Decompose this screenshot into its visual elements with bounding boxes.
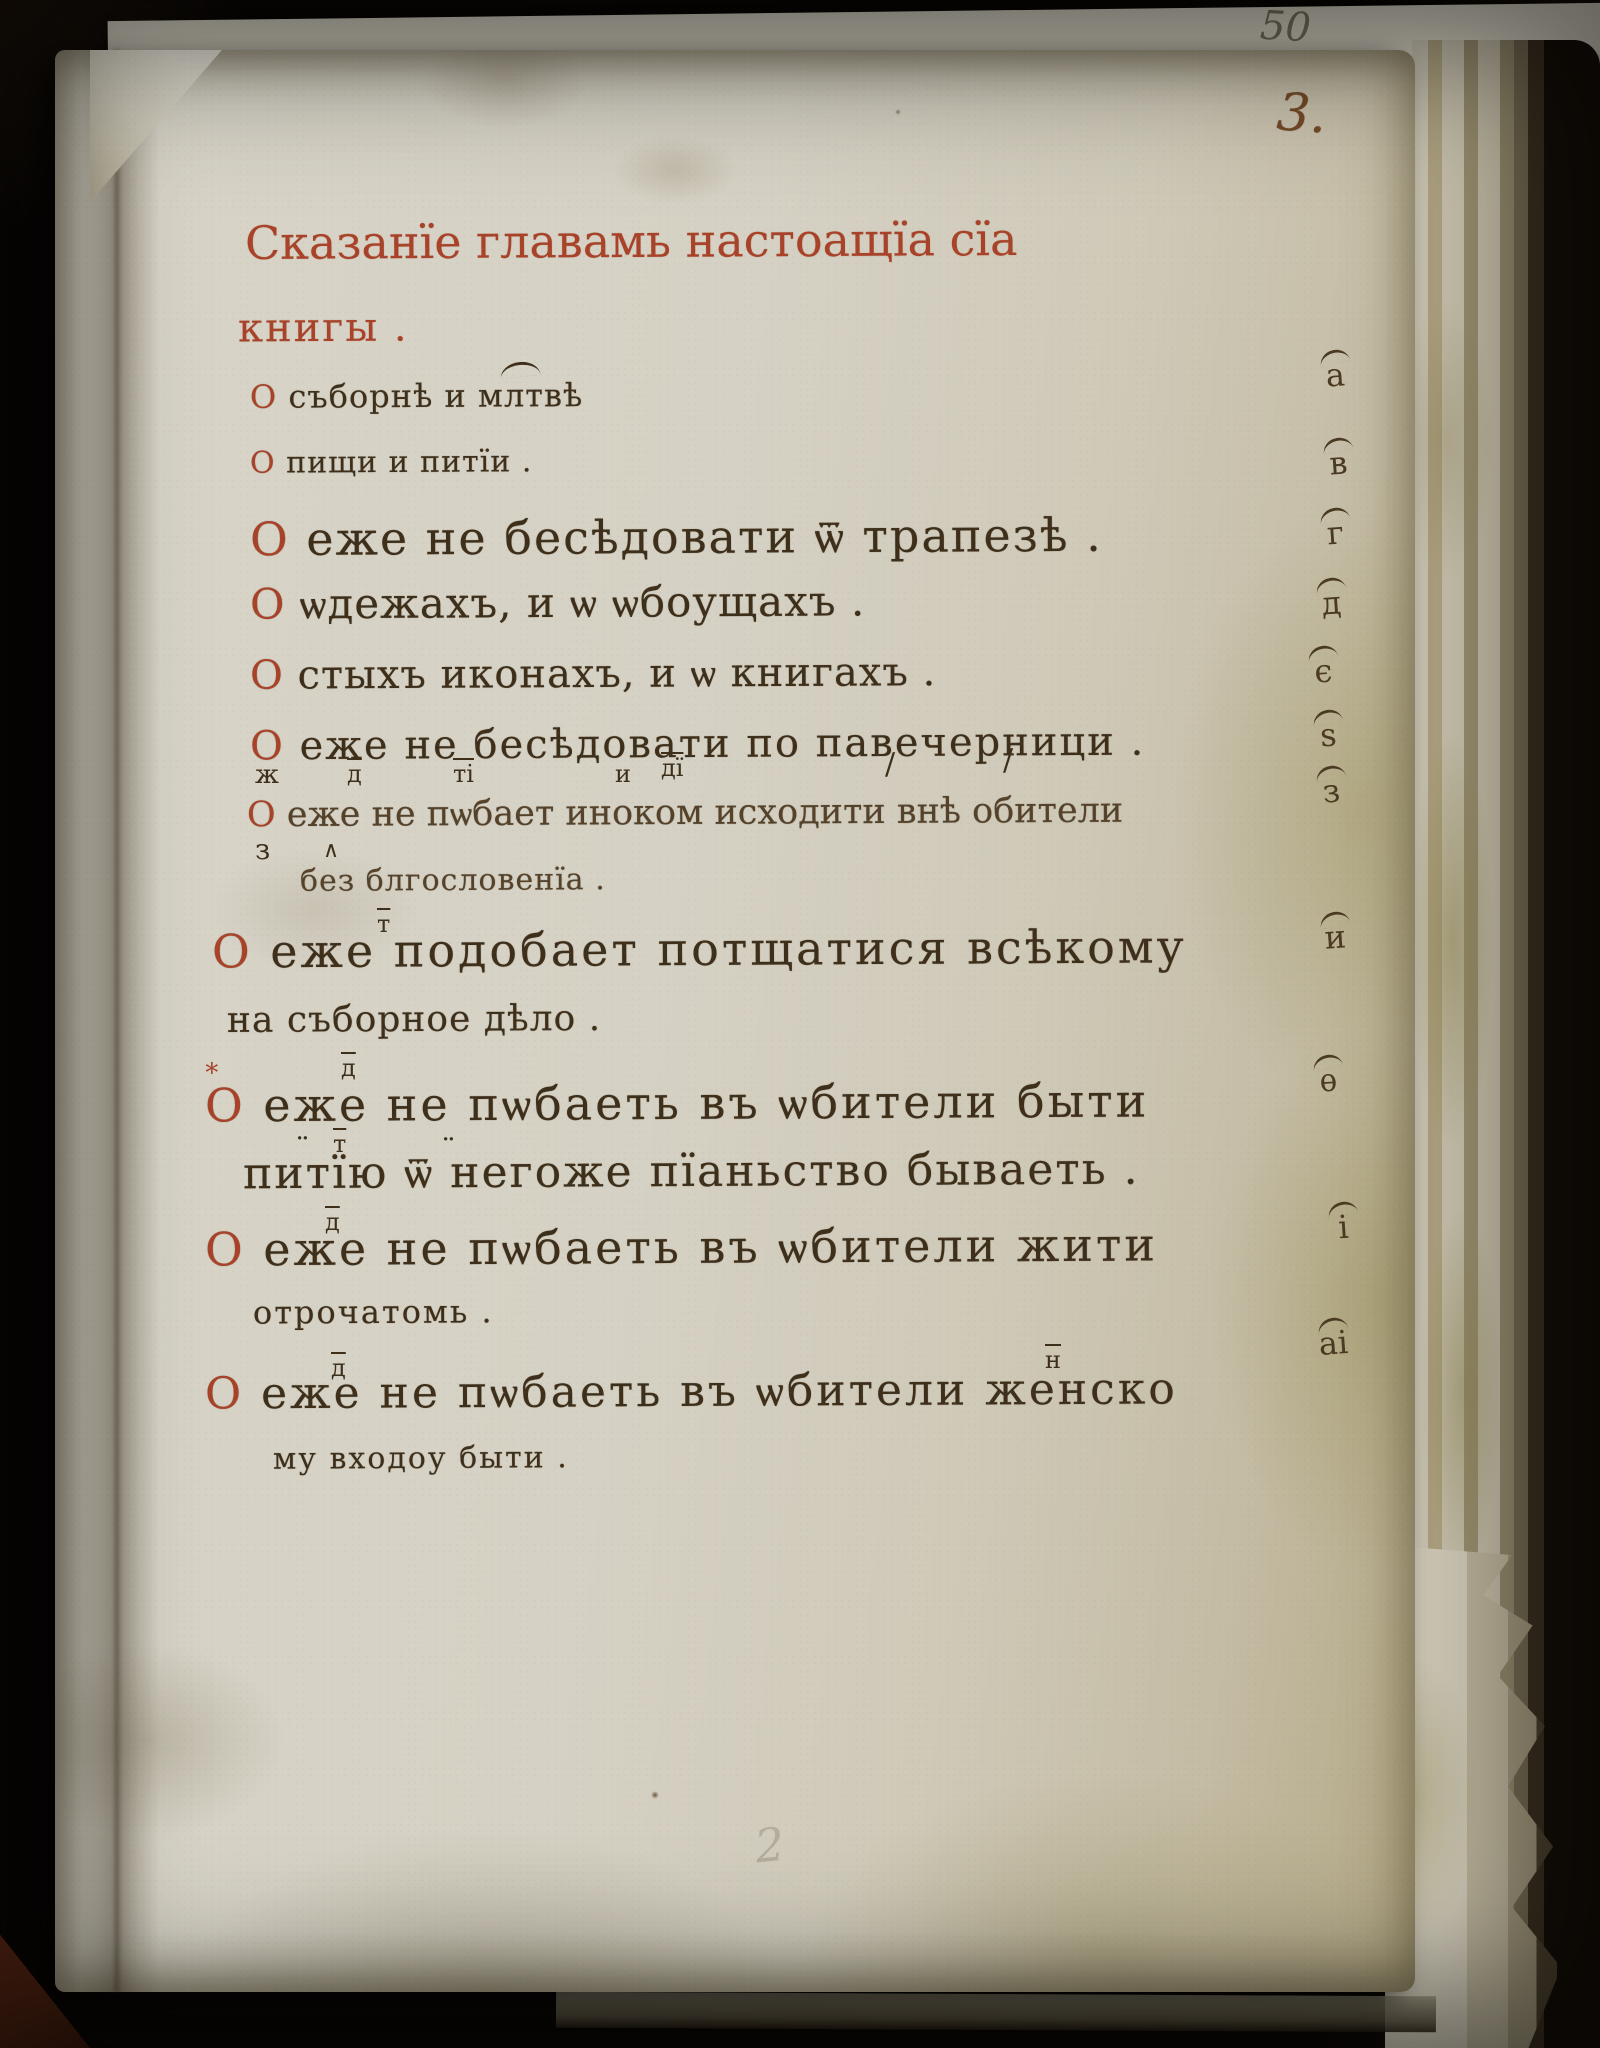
superscript-mark: т (377, 912, 390, 936)
manuscript-photo: 50 3. Сказанїе главамь настоащїа сїакниг… (0, 0, 1600, 2048)
red-initial: О (205, 1078, 246, 1132)
manuscript-page: 3. Сказанїе главамь настоащїа сїакнигы .… (55, 50, 1415, 1992)
text-line: Сказанїе главамь настоащїа сїа (245, 216, 1018, 266)
red-initial: О (250, 579, 286, 628)
margin-numeral: з (1315, 765, 1348, 808)
margin-numeral: і (1327, 1201, 1360, 1244)
text-line: О стыхъ иконахъ, и ѡ книгахъ . (250, 652, 936, 696)
margin-numeral: д (1315, 577, 1348, 620)
red-initial: О (205, 1222, 246, 1276)
text-line: О еже не пѡбаеть въ ѡбители быти (205, 1078, 1150, 1129)
text-line: на съборное дѣло . (227, 1001, 601, 1039)
superscript-mark: ж (255, 762, 279, 788)
margin-numeral: в (1322, 437, 1355, 480)
red-initial: О (250, 378, 277, 416)
text-line: О пищи и питїи . (250, 447, 532, 478)
margin-numeral: и (1319, 911, 1352, 954)
text-line: О еже не пѡбаеть въ ѡбители женско (205, 1367, 1178, 1416)
superscript-mark: д (331, 1356, 346, 1380)
margin-numeral: є (1307, 645, 1340, 688)
text-line: питїю ѿ негоже пїаньство бываеть . (243, 1148, 1140, 1197)
superscript-mark: ті (453, 762, 474, 786)
text-line: книгы . (238, 308, 409, 349)
superscript-mark: дї (661, 756, 683, 780)
text-line: О еже не пѡбаеть въ ѡбители жити (205, 1222, 1158, 1273)
bottom-page-stack (556, 1992, 1436, 2033)
text-line: О ѡдежахъ, и ѡ ѡбоущахъ . (250, 580, 865, 625)
superscript-mark: и (615, 762, 631, 786)
red-initial: О (205, 1368, 244, 1419)
red-initial: О (247, 795, 276, 835)
red-initial: О (250, 512, 290, 566)
superscript-mark: д (347, 762, 362, 786)
superscript-mark: н (1045, 1348, 1061, 1372)
red-initial: О (250, 446, 276, 481)
text-line: без блгословенїа . (300, 865, 606, 897)
superscript-mark: ∧ (323, 840, 339, 862)
margin-numeral: ѳ (1312, 1054, 1345, 1097)
folio-number-pencil: 50 (1259, 3, 1312, 52)
superscript-mark: д (325, 1210, 340, 1234)
pencil-mark: 2 (752, 1817, 787, 1874)
text-line: О еже не пѡбает иноком исходити внѣ обит… (247, 794, 1123, 834)
margin-numeral: ѕ (1312, 709, 1345, 752)
superscript-mark: д (341, 1056, 356, 1080)
superscript-mark: ∗ (203, 1055, 221, 1081)
margin-numeral: а (1319, 349, 1352, 392)
text-line: отрочатомь . (253, 1295, 494, 1328)
text-line: О еже не бесѣдовати ѿ трапезѣ . (250, 512, 1103, 562)
margin-numeral: аі (1317, 1317, 1350, 1360)
superscript-mark: ¨ (295, 1135, 310, 1165)
margin-numeral: г (1319, 507, 1352, 550)
superscript-mark: ∕ (885, 750, 895, 780)
superscript-mark: ¨ (441, 1136, 456, 1166)
text-line: му входоу быти . (273, 1443, 569, 1475)
gutter-crease (115, 50, 119, 1992)
superscript-mark: т (333, 1132, 346, 1156)
superscript-mark: ∕ (1003, 746, 1013, 776)
gutter-fold (81, 50, 159, 1992)
red-initial: О (250, 653, 284, 699)
superscript-mark: з (255, 836, 270, 864)
red-initial: О (212, 924, 253, 978)
text-line: О съборнѣ и млтвѣ (250, 379, 583, 413)
text-line: О еже подобает потщатися всѣкому (212, 923, 1187, 974)
folio-number-ink: 3. (1275, 82, 1329, 145)
